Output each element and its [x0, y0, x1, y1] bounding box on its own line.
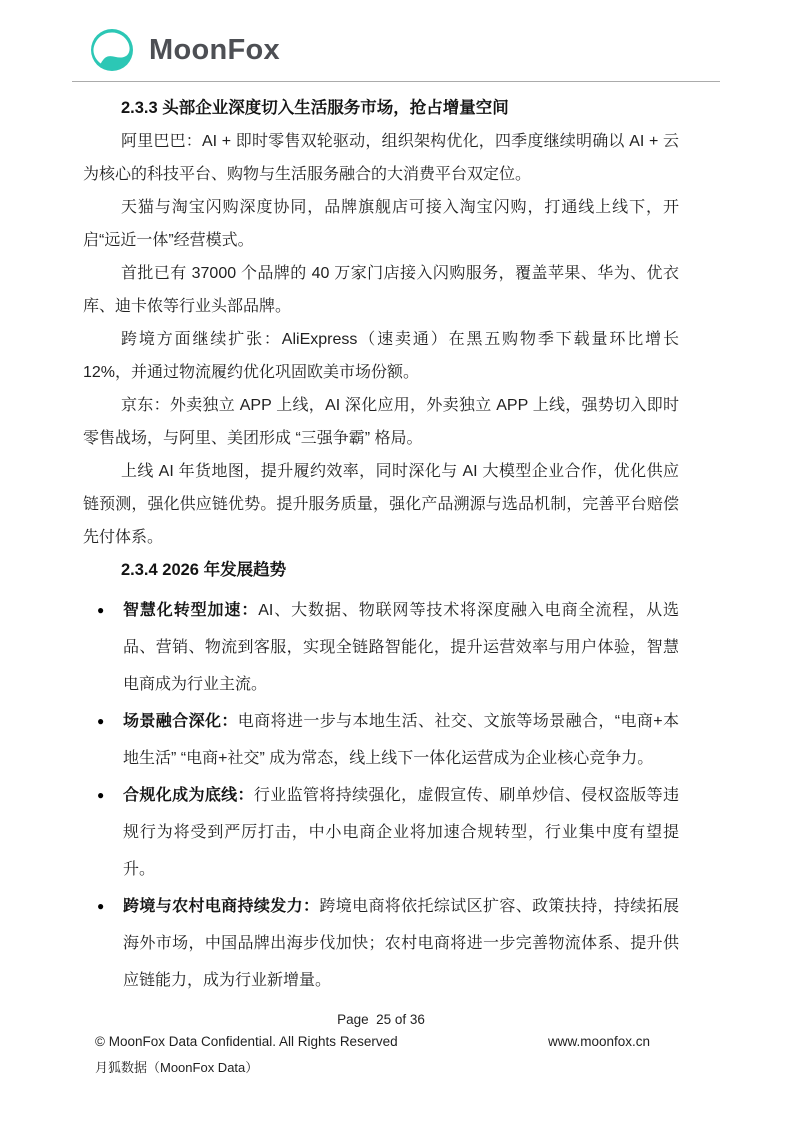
- bullet-icon: ●: [97, 703, 104, 740]
- trend-lead: 跨境与农村电商持续发力：: [123, 898, 319, 915]
- bullet-icon: ●: [97, 592, 104, 629]
- paragraph: 京东：外卖独立 APP 上线，AI 深化应用，外卖独立 APP 上线，强势切入即…: [83, 389, 679, 455]
- bullet-icon: ●: [97, 888, 104, 925]
- footer-row: © MoonFox Data Confidential. All Rights …: [95, 1034, 650, 1049]
- section-heading-233: 2.3.3 头部企业深度切入生活服务市场，抢占增量空间: [83, 92, 679, 125]
- copyright-text: © MoonFox Data Confidential. All Rights …: [95, 1034, 398, 1049]
- paragraph: 首批已有 37000 个品牌的 40 万家门店接入闪购服务，覆盖苹果、华为、优衣…: [83, 257, 679, 323]
- paragraph: 跨境方面继续扩张：AliExpress（速卖通）在黑五购物季下载量环比增长 12…: [83, 323, 679, 389]
- brand-line: 月狐数据（MoonFox Data）: [95, 1057, 258, 1076]
- trend-item: ●合规化成为底线：行业监管将持续强化，虚假宣传、刷单炒信、侵权盗版等违规行为将受…: [83, 777, 679, 888]
- document-page: MoonFox 2.3.3 头部企业深度切入生活服务市场，抢占增量空间 阿里巴巴…: [0, 0, 793, 1122]
- trend-item: ●场景融合深化：电商将进一步与本地生活、社交、文旅等场景融合，“电商+本地生活”…: [83, 703, 679, 777]
- document-body: 2.3.3 头部企业深度切入生活服务市场，抢占增量空间 阿里巴巴：AI + 即时…: [83, 92, 679, 999]
- section-heading-234: 2.3.4 2026 年发展趋势: [83, 554, 679, 587]
- moonfox-logo: MoonFox: [88, 28, 280, 72]
- paragraph: 天猫与淘宝闪购深度协同，品牌旗舰店可接入淘宝闪购，打通线上线下，开启“远近一体”…: [83, 191, 679, 257]
- moonfox-logo-icon: [88, 28, 138, 72]
- website-link[interactable]: www.moonfox.cn: [548, 1034, 650, 1049]
- header-divider: [72, 81, 720, 82]
- trend-list: ●智慧化转型加速：AI、大数据、物联网等技术将深度融入电商全流程，从选品、营销、…: [83, 592, 679, 999]
- paragraph: 上线 AI 年货地图，提升履约效率，同时深化与 AI 大模型企业合作，优化供应链…: [83, 455, 679, 554]
- trend-lead: 智慧化转型加速：: [123, 602, 258, 619]
- paragraph: 阿里巴巴：AI + 即时零售双轮驱动，组织架构优化，四季度继续明确以 AI + …: [83, 125, 679, 191]
- bullet-icon: ●: [97, 777, 104, 814]
- trend-lead: 合规化成为底线：: [123, 787, 254, 804]
- trend-lead: 场景融合深化：: [123, 713, 238, 730]
- trend-item: ●跨境与农村电商持续发力：跨境电商将依托综试区扩容、政策扶持，持续拓展海外市场，…: [83, 888, 679, 999]
- trend-item: ●智慧化转型加速：AI、大数据、物联网等技术将深度融入电商全流程，从选品、营销、…: [83, 592, 679, 703]
- moonfox-logo-text: MoonFox: [149, 28, 280, 72]
- page-number: Page 25 of 36: [83, 1012, 679, 1027]
